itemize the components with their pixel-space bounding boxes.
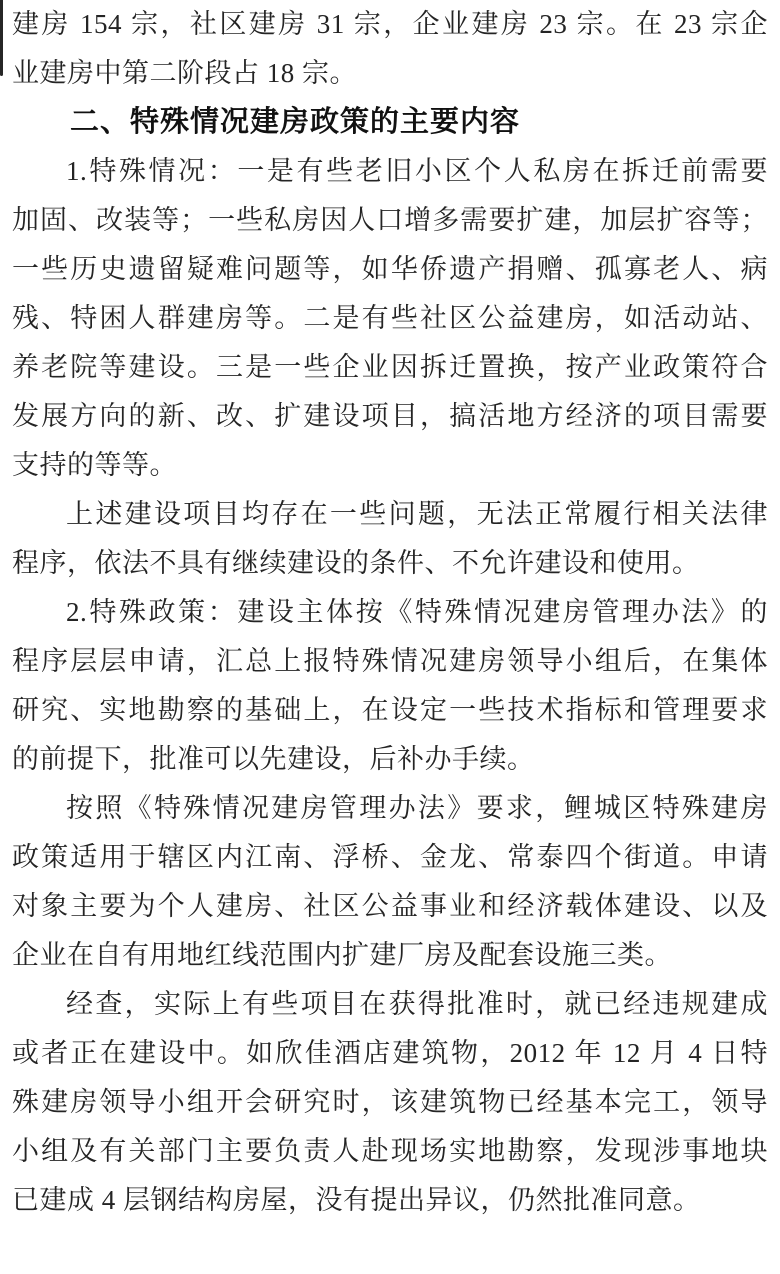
section-heading: 二、特殊情况建房政策的主要内容: [12, 98, 768, 147]
scan-artifact-left-edge: [0, 0, 3, 76]
text-line: 程序，依法不具有继续建设的条件、不允许建设和使用。: [12, 539, 768, 588]
text-line: 发展方向的新、改、扩建设项目，搞活地方经济的项目需要: [12, 392, 768, 441]
text-line: 经查，实际上有些项目在获得批准时，就已经违规建成: [12, 980, 768, 1029]
text-line: 小组及有关部门主要负责人赴现场实地勘察，发现涉事地块: [12, 1127, 768, 1176]
text-line: 对象主要为个人建房、社区公益事业和经济载体建设、以及: [12, 882, 768, 931]
text-line: 1.特殊情况：一是有些老旧小区个人私房在拆迁前需要: [12, 147, 768, 196]
text-line: 上述建设项目均存在一些问题，无法正常履行相关法律: [12, 490, 768, 539]
text-line: 企业在自有用地红线范围内扩建厂房及配套设施三类。: [12, 931, 768, 980]
text-line: 殊建房领导小组开会研究时，该建筑物已经基本完工，领导: [12, 1078, 768, 1127]
text-line: 残、特困人群建房等。二是有些社区公益建房，如活动站、: [12, 294, 768, 343]
text-line: 一些历史遗留疑难问题等，如华侨遗产捐赠、孤寡老人、病: [12, 245, 768, 294]
text-line: 已建成 4 层钢结构房屋，没有提出异议，仍然批准同意。: [12, 1176, 768, 1225]
text-line: 2.特殊政策：建设主体按《特殊情况建房管理办法》的: [12, 588, 768, 637]
text-line: 养老院等建设。三是一些企业因拆迁置换，按产业政策符合: [12, 343, 768, 392]
text-line: 建房 154 宗，社区建房 31 宗，企业建房 23 宗。在 23 宗企: [12, 0, 768, 49]
text-line: 业建房中第二阶段占 18 宗。: [12, 49, 768, 98]
text-line: 或者正在建设中。如欣佳酒店建筑物，2012 年 12 月 4 日特: [12, 1029, 768, 1078]
text-line: 支持的等等。: [12, 441, 768, 490]
text-line: 按照《特殊情况建房管理办法》要求，鲤城区特殊建房: [12, 784, 768, 833]
text-line: 研究、实地勘察的基础上，在设定一些技术指标和管理要求: [12, 686, 768, 735]
document-page: 建房 154 宗，社区建房 31 宗，企业建房 23 宗。在 23 宗企业建房中…: [0, 0, 780, 1274]
text-line: 的前提下，批准可以先建设，后补办手续。: [12, 735, 768, 784]
document-text-block: 建房 154 宗，社区建房 31 宗，企业建房 23 宗。在 23 宗企业建房中…: [12, 0, 768, 1225]
text-line: 政策适用于辖区内江南、浮桥、金龙、常泰四个街道。申请: [12, 833, 768, 882]
text-line: 加固、改装等；一些私房因人口增多需要扩建，加层扩容等；: [12, 196, 768, 245]
text-line: 程序层层申请，汇总上报特殊情况建房领导小组后，在集体: [12, 637, 768, 686]
